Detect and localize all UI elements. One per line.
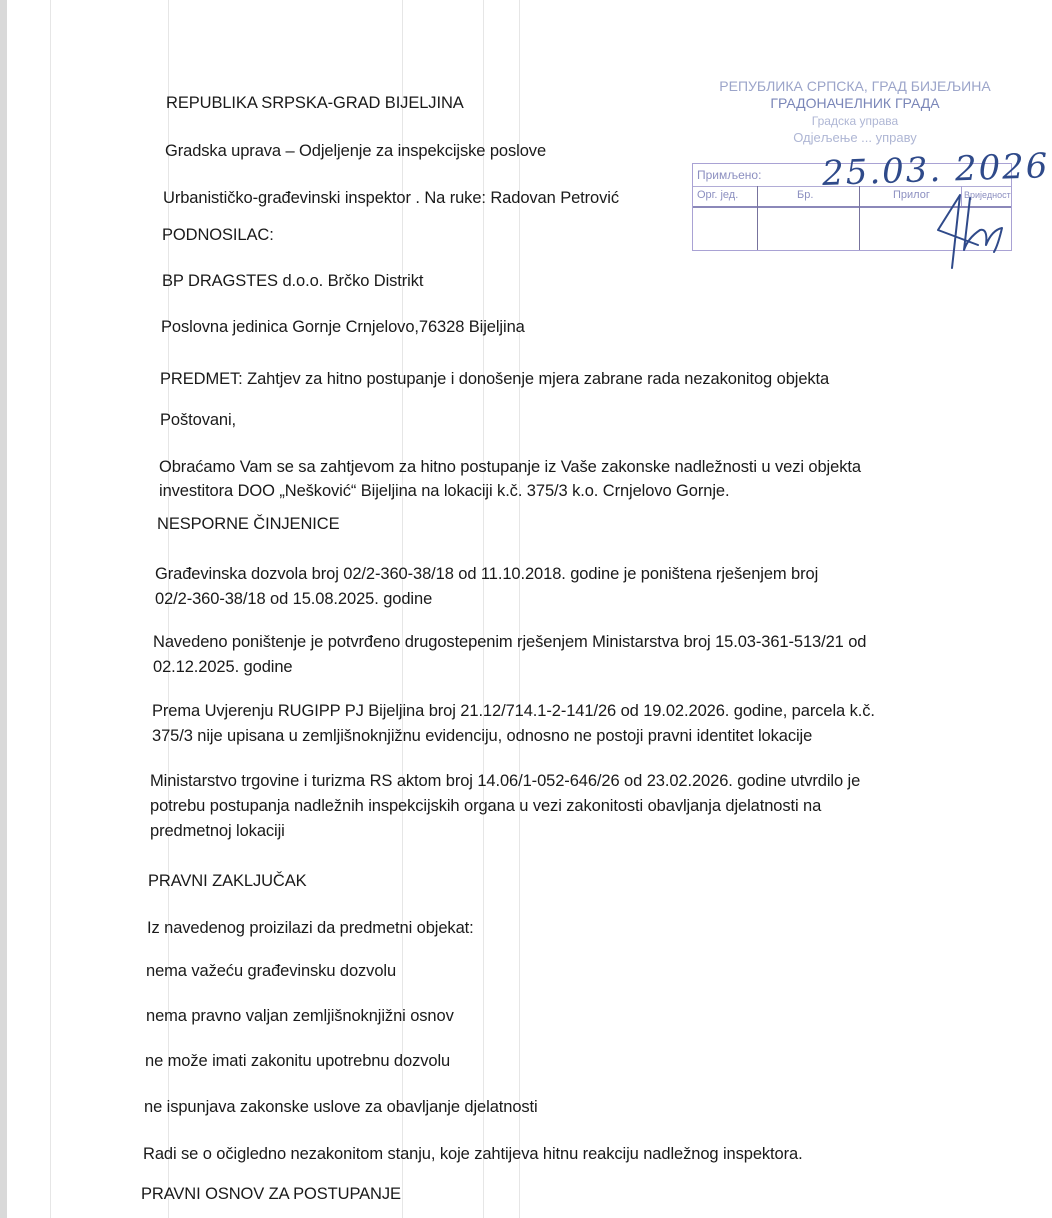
fact-3-line-2: 375/3 nije upisana u zemljišnoknjižnu ev… (152, 725, 812, 747)
fact-2-line-2: 02.12.2025. godine (153, 656, 293, 678)
fold-line (519, 0, 520, 1218)
stamp-received-label: Примљено: (697, 168, 761, 182)
fold-line (50, 0, 51, 1218)
fact-2-line-1: Navedeno poništenje je potvrđeno drugost… (153, 631, 866, 653)
conclusion-item-1: nema važeću građevinsku dozvolu (146, 960, 396, 982)
applicant-name: BP DRAGSTES d.o.o. Brčko Distrikt (162, 270, 423, 292)
recipient-line-2: Gradska uprava – Odjeljenje za inspekcij… (165, 140, 546, 162)
stamp-org-unit-label: Орг. јед. (697, 189, 738, 201)
applicant-unit: Poslovna jedinica Gornje Crnjelovo,76328… (161, 316, 525, 338)
recipient-line-1: REPUBLIKA SRPSKA-GRAD BIJELJINA (166, 92, 464, 114)
fact-4-line-2: potrebu postupanja nadležnih inspekcijsk… (150, 795, 821, 817)
signature-icon (930, 190, 1030, 275)
legal-basis-heading: PRAVNI OSNOV ZA POSTUPANJE (141, 1183, 401, 1205)
stamp-line-1: РЕПУБЛИКА СРПСКА, ГРАД БИЈЕЉИНА (690, 78, 1020, 94)
conclusion-summary: Radi se o očigledno nezakonitom stanju, … (143, 1143, 803, 1165)
conclusion-heading: PRAVNI ZAKLJUČAK (148, 870, 307, 892)
fold-line (483, 0, 484, 1218)
stamp-number-label: Бр. (797, 189, 813, 201)
fact-1-line-1: Građevinska dozvola broj 02/2-360-38/18 … (155, 563, 818, 585)
intro-line-1: Obraćamo Vam se sa zahtjevom za hitno po… (159, 456, 861, 478)
stamp-line-3: Градска управа (690, 113, 1020, 129)
conclusion-item-3: ne može imati zakonitu upotrebnu dozvolu (145, 1050, 450, 1072)
registry-stamp: РЕПУБЛИКА СРПСКА, ГРАД БИЈЕЉИНА ГРАДОНАЧ… (690, 78, 1030, 268)
received-date-handwritten: 25.03. 2026 (821, 146, 1050, 194)
facts-heading: NESPORNE ČINJENICE (157, 513, 339, 535)
stamp-line-4: Одјељење ... управу (690, 130, 1020, 146)
page-edge (0, 0, 7, 1218)
applicant-label: PODNOSILAC: (162, 224, 274, 246)
fact-4-line-3: predmetnoj lokaciji (150, 820, 285, 842)
conclusion-item-2: nema pravno valjan zemljišnoknjižni osno… (146, 1005, 454, 1027)
recipient-line-3: Urbanističko-građevinski inspektor . Na … (163, 187, 619, 209)
greeting: Poštovani, (160, 409, 236, 431)
fact-4-line-1: Ministarstvo trgovine i turizma RS aktom… (150, 770, 860, 792)
subject-line: PREDMET: Zahtjev za hitno postupanje i d… (160, 368, 829, 390)
stamp-line-2: ГРАДОНАЧЕЛНИК ГРАДА (690, 95, 1020, 111)
conclusion-item-4: ne ispunjava zakonske uslove za obavljan… (144, 1096, 538, 1118)
fact-3-line-1: Prema Uvjerenju RUGIPP PJ Bijeljina broj… (152, 700, 875, 722)
fact-1-line-2: 02/2-360-38/18 od 15.08.2025. godine (155, 588, 432, 610)
conclusion-intro: Iz navedenog proizilazi da predmetni obj… (147, 917, 474, 939)
intro-line-2: investitora DOO „Nešković“ Bijeljina na … (159, 480, 729, 502)
